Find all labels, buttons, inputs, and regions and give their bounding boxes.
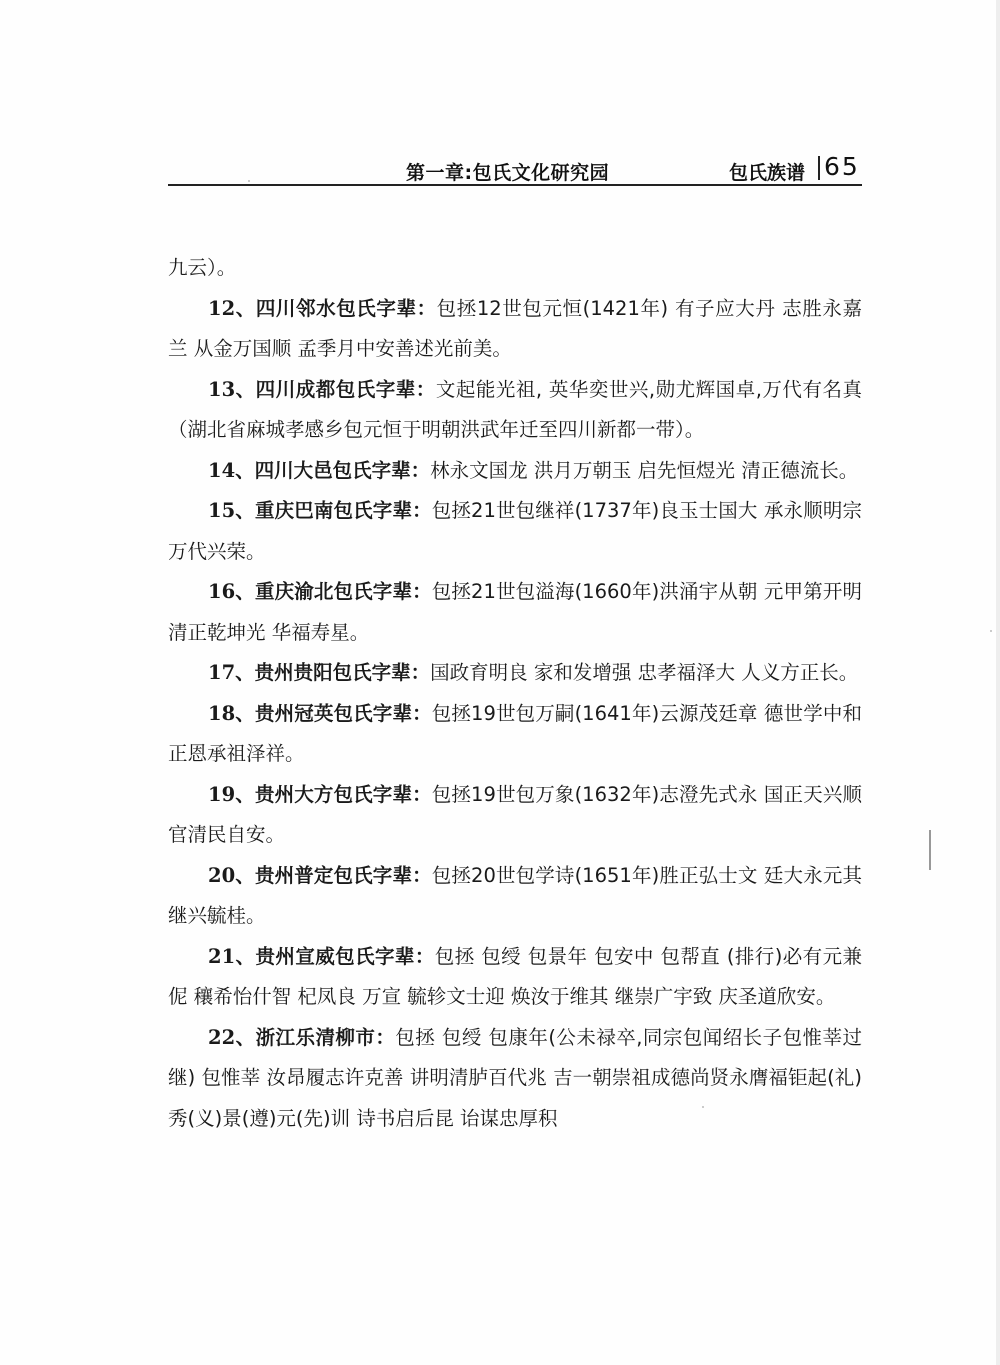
entry-number: 17、 bbox=[208, 661, 255, 684]
entry-label: 四川大邑包氏字辈： bbox=[255, 459, 431, 482]
running-header: 第一章:包氏文化研究园 包氏族谱 65 bbox=[168, 150, 862, 186]
entry-number: 12、 bbox=[208, 297, 256, 320]
entry-label: 四川邻水包氏字辈： bbox=[256, 297, 437, 320]
entry-22: 22、浙江乐清柳市：包拯 包绶 包康年(公未禄卒,同宗包闻绍长子包惟莘过继) 包… bbox=[168, 1018, 862, 1140]
entry-20: 20、贵州普定包氏字辈：包拯20世包学诗(1651年)胜正弘士文 廷大永元其 继… bbox=[168, 856, 862, 937]
entry-label: 重庆巴南包氏字辈： bbox=[255, 499, 432, 522]
entry-14: 14、四川大邑包氏字辈：林永文国龙 洪月万朝玉 启先恒煜光 清正德流长。 bbox=[168, 451, 862, 492]
scan-dust-dot bbox=[702, 1106, 704, 1108]
entry-18: 18、贵州冠英包氏字辈：包拯19世包万嗣(1641年)云源茂廷章 德世学中和 正… bbox=[168, 694, 862, 775]
entry-label: 贵州贵阳包氏字辈： bbox=[255, 661, 431, 684]
entry-15: 15、重庆巴南包氏字辈：包拯21世包继祥(1737年)良玉士国大 承永顺明宗 万… bbox=[168, 491, 862, 572]
entry-label: 贵州冠英包氏字辈： bbox=[255, 702, 432, 725]
entry-text: 国政育明良 家和发增强 忠孝福泽大 人义方正长。 bbox=[430, 661, 858, 684]
scan-dust-dot bbox=[248, 180, 250, 182]
entry-label: 浙江乐清柳市： bbox=[256, 1026, 396, 1049]
entry-12: 12、四川邻水包氏字辈：包拯12世包元恒(1421年) 有子应大丹 志胜永嘉兰 … bbox=[168, 289, 862, 370]
book-title: 包氏族谱 bbox=[729, 158, 805, 185]
entry-label: 贵州普定包氏字辈： bbox=[255, 864, 432, 887]
entry-text: 林永文国龙 洪月万朝玉 启先恒煜光 清正德流长。 bbox=[430, 459, 858, 482]
header-separator bbox=[818, 156, 820, 180]
entry-17: 17、贵州贵阳包氏字辈：国政育明良 家和发增强 忠孝福泽大 人义方正长。 bbox=[168, 653, 862, 694]
page-number: 65 bbox=[824, 152, 860, 181]
continuation-paragraph: 九云）。 bbox=[168, 248, 862, 289]
entry-19: 19、贵州大方包氏字辈：包拯19世包万象(1632年)志澄先式永 国正天兴顺 官… bbox=[168, 775, 862, 856]
entry-13: 13、四川成都包氏字辈：文起能光祖, 英华奕世兴,勋尤辉国卓,万代有名真（湖北省… bbox=[168, 370, 862, 451]
entry-number: 15、 bbox=[208, 499, 255, 522]
document-page: 第一章:包氏文化研究园 包氏族谱 65 九云）。 12、四川邻水包氏字辈：包拯1… bbox=[0, 0, 1000, 1365]
body-text: 九云）。 12、四川邻水包氏字辈：包拯12世包元恒(1421年) 有子应大丹 志… bbox=[168, 248, 862, 1139]
entry-label: 贵州大方包氏字辈： bbox=[255, 783, 432, 806]
entry-number: 14、 bbox=[208, 459, 255, 482]
entry-number: 22、 bbox=[208, 1026, 256, 1049]
entry-16: 16、重庆渝北包氏字辈：包拯21世包溢海(1660年)洪涌宇从朝 元甲第开明 清… bbox=[168, 572, 862, 653]
entry-label: 四川成都包氏字辈： bbox=[256, 378, 436, 401]
scan-dust-dot bbox=[990, 630, 992, 632]
entry-number: 19、 bbox=[208, 783, 255, 806]
scan-page-edge bbox=[996, 0, 1000, 1365]
entry-number: 21、 bbox=[208, 945, 255, 968]
header-rule bbox=[168, 184, 862, 186]
entry-label: 贵州宣威包氏字辈： bbox=[255, 945, 434, 968]
scan-artifact-mark bbox=[929, 830, 931, 870]
entry-number: 13、 bbox=[208, 378, 256, 401]
entry-number: 20、 bbox=[208, 864, 255, 887]
entry-label: 重庆渝北包氏字辈： bbox=[255, 580, 432, 603]
entry-number: 16、 bbox=[208, 580, 255, 603]
entry-21: 21、贵州宣威包氏字辈：包拯 包绶 包景年 包安中 包帮直 (排行)必有元兼伲 … bbox=[168, 937, 862, 1018]
entry-number: 18、 bbox=[208, 702, 255, 725]
chapter-title: 第一章:包氏文化研究园 bbox=[406, 158, 609, 185]
